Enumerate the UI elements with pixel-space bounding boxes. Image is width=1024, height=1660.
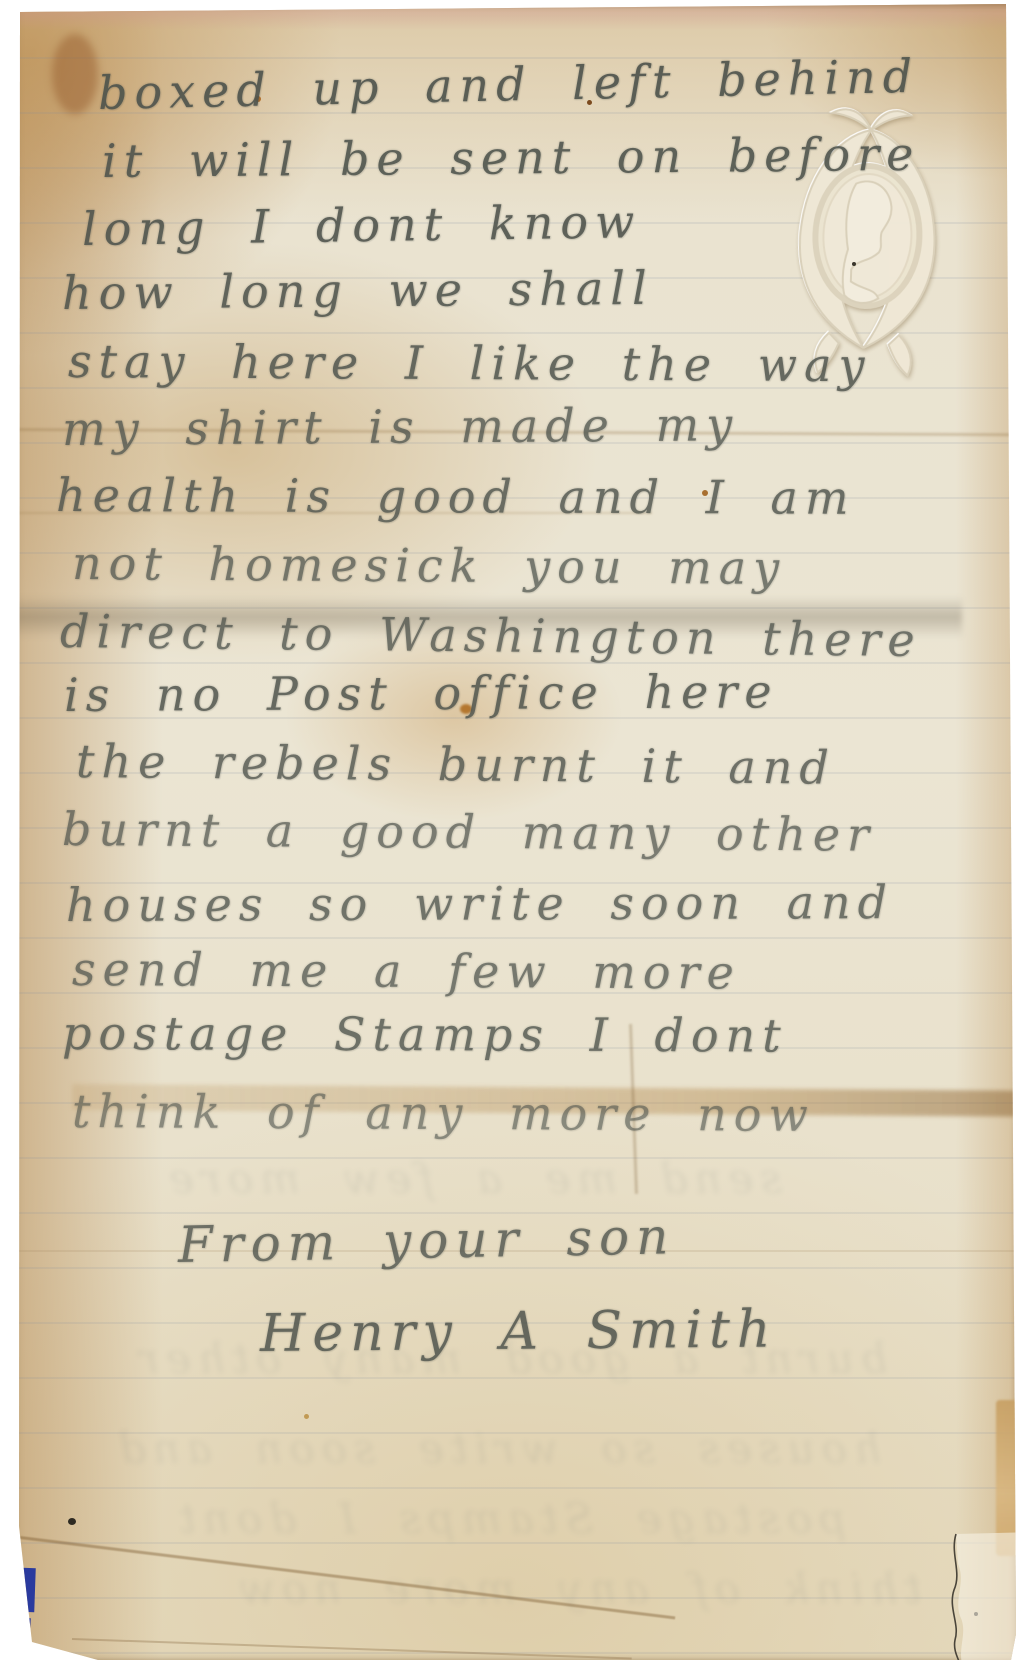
- letter-line: long I dont know: [82, 194, 642, 256]
- letter-line: it will be sent on before: [102, 127, 921, 188]
- letter-signature: Henry A Smith: [260, 1299, 778, 1364]
- letter-line: think of any more now: [72, 1084, 815, 1142]
- letter-line: is no Post office here: [64, 664, 779, 722]
- letter-line: stay here I like the way: [68, 334, 872, 392]
- seal-tassel-right: [888, 335, 912, 376]
- scanned-letter-page: send me a few more burnt a good many oth…: [0, 0, 1024, 1660]
- letter-line: burnt a good many other: [62, 802, 876, 862]
- blue-edge-mark: [19, 1618, 31, 1648]
- letter-line: direct to Washington there: [60, 604, 922, 667]
- blue-edge-mark: [21, 1568, 36, 1612]
- letter-closing: From your son: [177, 1207, 675, 1274]
- letter-line: houses so write soon and: [66, 875, 894, 932]
- paper-speck: [304, 1414, 309, 1419]
- paper-tear: [938, 1528, 1024, 1660]
- letter-line: postage Stamps I dont: [62, 1006, 788, 1063]
- letter-line: not homesick you may: [72, 536, 787, 595]
- bottom-edge-crease: [72, 1638, 632, 1660]
- ghost-writing: postage Stamps I dont: [172, 1494, 846, 1543]
- stain-blotch: [52, 34, 98, 114]
- paper-speck: [68, 1518, 76, 1525]
- ghost-writing: send me a few more: [162, 1154, 782, 1203]
- letter-paper: send me a few more burnt a good many oth…: [12, 4, 1016, 1660]
- letter-line: my shirt is made my: [62, 397, 740, 456]
- letter-line: send me a few more: [72, 942, 741, 1000]
- letter-line: health is good and I am: [56, 468, 856, 525]
- ghost-writing: houses so write soon and: [112, 1424, 881, 1473]
- tear-patch: [956, 1532, 1024, 1660]
- paper-speck: [852, 262, 856, 266]
- letter-line: the rebels burnt it and: [76, 734, 836, 795]
- letter-line: how long we shall: [62, 261, 654, 320]
